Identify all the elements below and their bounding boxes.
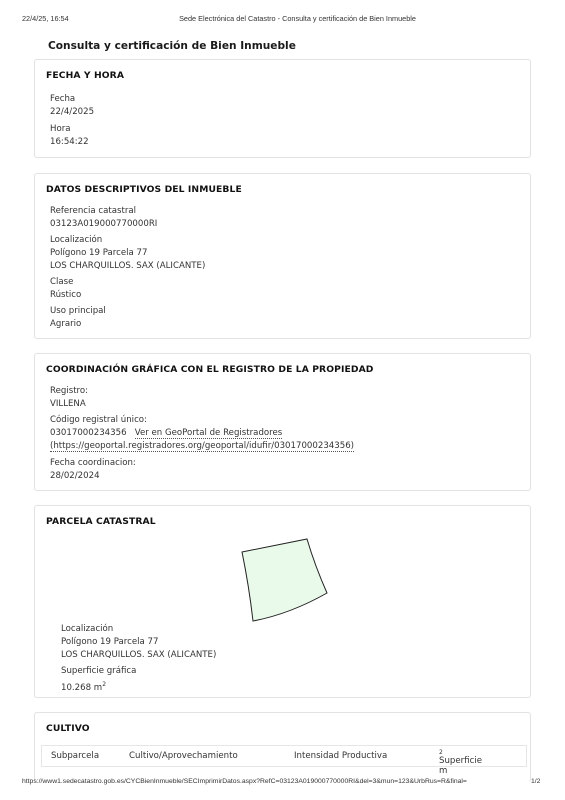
panel-heading: CULTIVO: [46, 723, 90, 734]
field-value: Agrario: [50, 318, 106, 331]
field-label: Hora: [50, 123, 89, 136]
superficie-unit-sup: 2: [102, 681, 106, 688]
field-label: Superficie gráfica: [61, 665, 136, 678]
field-label: Código registral único:: [50, 414, 354, 427]
column-header: Cultivo/Aprovechamiento: [129, 751, 238, 761]
field-value: 16:54:22: [50, 136, 89, 149]
superficie-value: 10.268 m: [61, 683, 102, 693]
field-value: Polígono 19 Parcela 77: [50, 247, 205, 260]
panel-cultivo: CULTIVO Subparcela Cultivo/Aprovechamien…: [34, 712, 531, 782]
page-title: Consulta y certificación de Bien Inmuebl…: [48, 40, 296, 52]
panel-datos-descriptivos: DATOS DESCRIPTIVOS DEL INMUEBLE Referenc…: [34, 173, 531, 339]
cultivo-table-header: Subparcela Cultivo/Aprovechamiento Inten…: [41, 745, 527, 767]
column-header: Superficie m2: [439, 751, 443, 761]
field-label: Fecha: [50, 93, 94, 106]
panel-coordinacion-registro: COORDINACIÓN GRÁFICA CON EL REGISTRO DE …: [34, 353, 531, 491]
field-value: 10.268 m2: [61, 678, 136, 695]
field-value: (https://geoportal.registradores.org/geo…: [50, 440, 354, 453]
column-header-sup: 2: [439, 749, 443, 756]
field-label: Referencia catastral: [50, 205, 157, 218]
field-value: 28/02/2024: [50, 470, 136, 483]
field-value: VILLENA: [50, 398, 88, 411]
parcel-polygon: [242, 539, 327, 621]
field-value: Rústico: [50, 289, 81, 302]
print-url: https://www1.sedecatastro.gob.es/CYCBien…: [22, 778, 467, 785]
field-superficie-grafica: Superficie gráfica 10.268 m2: [61, 665, 136, 695]
field-label: Fecha coordinacion:: [50, 457, 136, 470]
panel-heading: COORDINACIÓN GRÁFICA CON EL REGISTRO DE …: [46, 364, 374, 375]
field-label: Clase: [50, 276, 81, 289]
field-label: Registro:: [50, 385, 88, 398]
panel-fecha-hora: FECHA Y HORA Fecha 22/4/2025 Hora 16:54:…: [34, 59, 531, 158]
panel-heading: FECHA Y HORA: [46, 70, 124, 81]
codigo-value: 03017000234356: [50, 428, 127, 438]
column-header: Subparcela: [51, 751, 99, 761]
page-number: 1/2: [531, 778, 540, 785]
field-uso-principal: Uso principal Agrario: [50, 305, 106, 331]
field-value: 22/4/2025: [50, 106, 94, 119]
field-localizacion: Localización Polígono 19 Parcela 77 LOS …: [50, 234, 205, 273]
field-value: LOS CHARQUILLOS. SAX (ALICANTE): [50, 260, 205, 273]
field-value: LOS CHARQUILLOS. SAX (ALICANTE): [61, 649, 216, 662]
print-title: Sede Electrónica del Catastro - Consulta…: [0, 14, 565, 23]
field-clase: Clase Rústico: [50, 276, 81, 302]
field-label: Localización: [50, 234, 205, 247]
field-fecha-coordinacion: Fecha coordinacion: 28/02/2024: [50, 457, 136, 483]
column-header: Intensidad Productiva: [294, 751, 387, 761]
field-hora: Hora 16:54:22: [50, 123, 89, 149]
field-value: 03017000234356 Ver en GeoPortal de Regis…: [50, 427, 354, 440]
field-label: Uso principal: [50, 305, 106, 318]
field-codigo-registral: Código registral único: 03017000234356 V…: [50, 414, 354, 453]
field-label: Localización: [61, 623, 216, 636]
field-localizacion-parcela: Localización Polígono 19 Parcela 77 LOS …: [61, 623, 216, 662]
panel-heading: DATOS DESCRIPTIVOS DEL INMUEBLE: [46, 184, 242, 195]
panel-parcela-catastral: PARCELA CATASTRAL Localización Polígono …: [34, 505, 531, 698]
geoportal-url-link[interactable]: (https://geoportal.registradores.org/geo…: [50, 441, 354, 452]
field-referencia-catastral: Referencia catastral 03123A019000770000R…: [50, 205, 157, 231]
field-fecha: Fecha 22/4/2025: [50, 93, 94, 119]
print-header: 22/4/25, 16:54 Sede Electrónica del Cata…: [0, 14, 565, 26]
field-value: Polígono 19 Parcela 77: [61, 636, 216, 649]
geoportal-link[interactable]: Ver en GeoPortal de Registradores: [135, 428, 283, 439]
field-value: 03123A019000770000RI: [50, 218, 157, 231]
field-registro: Registro: VILLENA: [50, 385, 88, 411]
column-header-text: Superficie m: [439, 756, 482, 776]
